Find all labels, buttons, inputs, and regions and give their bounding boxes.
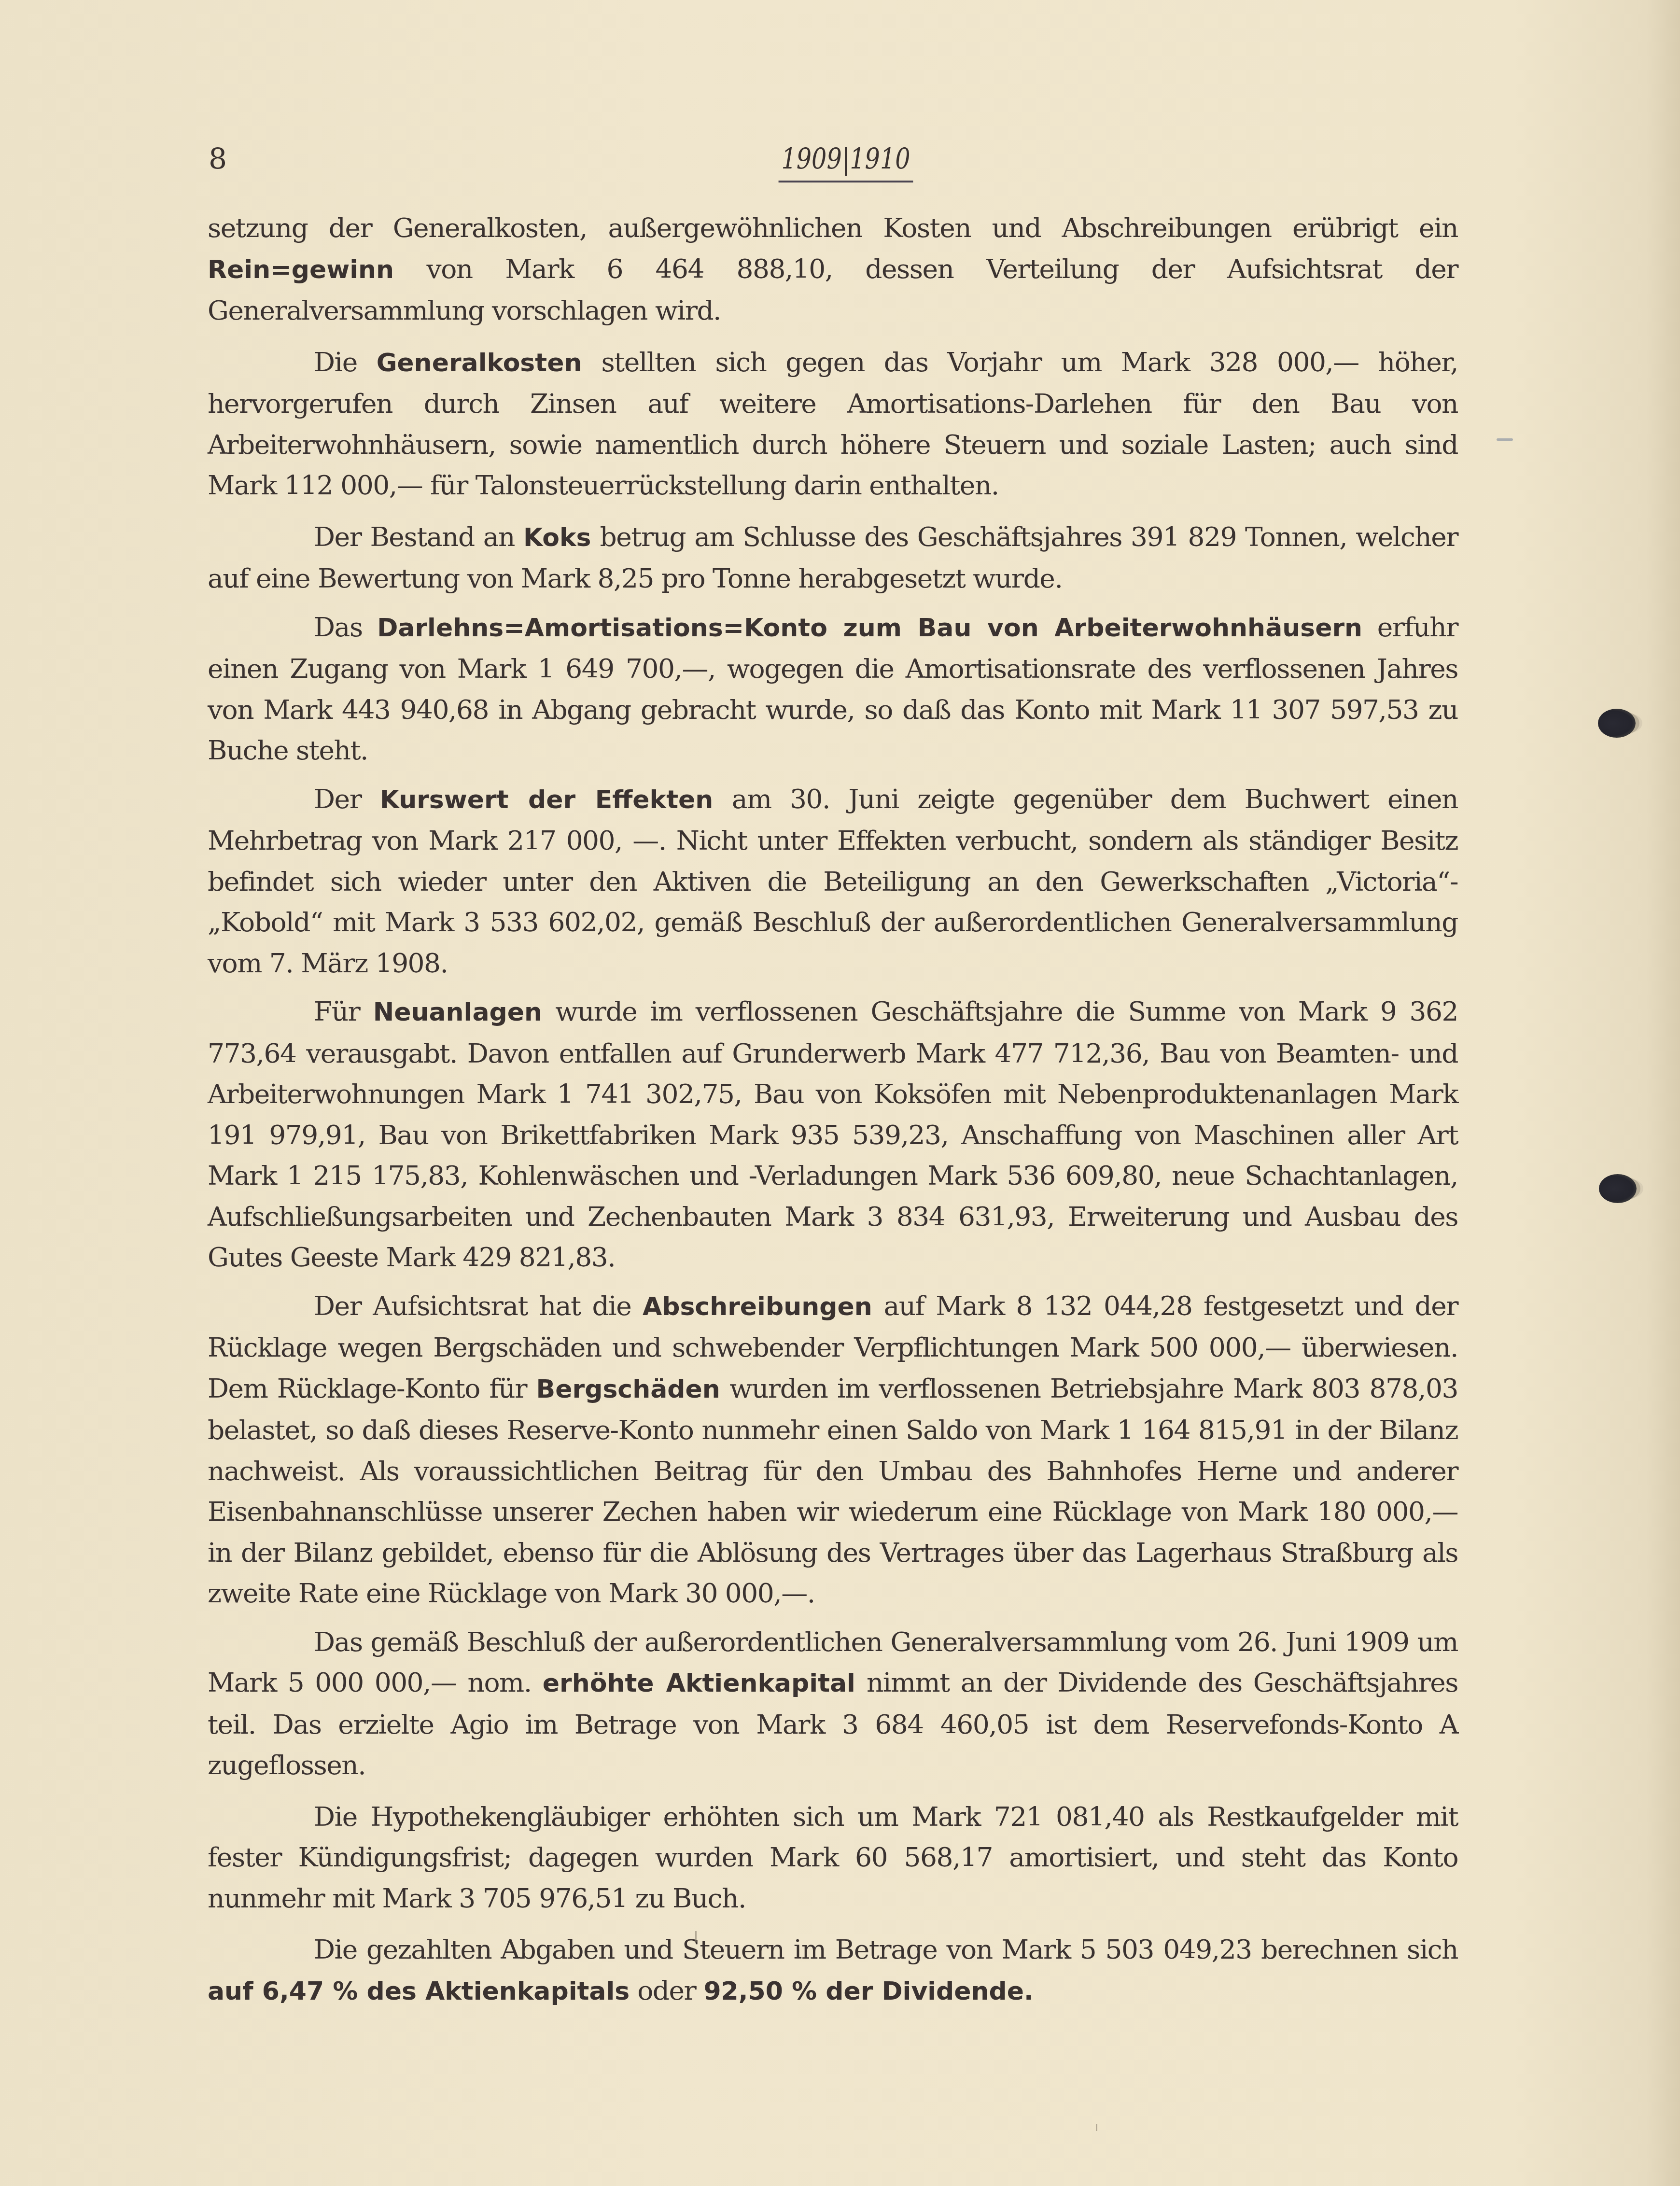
binder-hole-icon <box>1599 1174 1637 1203</box>
paragraph-darlehns-amortisation: Das Darlehns=Amortisations=Konto zum Bau… <box>208 607 1458 771</box>
running-title: 1909|1910 <box>779 140 913 182</box>
paragraph-neuanlagen: Für Neuanlagen wurde im verflossenen Ges… <box>208 991 1458 1278</box>
paragraph-abgaben-steuern: Die gezahlten Abgaben und Steuern im Bet… <box>208 1929 1458 2012</box>
emphasized-term: 92,50 % der Dividende. <box>703 1977 1034 2006</box>
paper-speck <box>695 1931 697 1942</box>
paper-speck <box>1096 2124 1097 2131</box>
paragraph-abschreibungen: Der Aufsichtsrat hat die Abschreibungen … <box>208 1286 1458 1614</box>
paragraph-text: Das <box>314 612 377 643</box>
paragraph-text: von Mark 6 464 888,10, dessen Verteilung… <box>208 253 1458 326</box>
paragraph-generalkosten: Die Generalkosten stellten sich gegen da… <box>208 342 1458 506</box>
paragraph-aktienkapital: Das gemäß Beschluß der außerordentlichen… <box>208 1622 1458 1786</box>
emphasized-term: Bergschäden <box>536 1375 720 1404</box>
emphasized-term: Koks <box>523 523 591 552</box>
emphasized-term: Generalkosten <box>377 349 582 378</box>
paragraph-text: Der <box>314 784 380 814</box>
paragraph-text: Für <box>314 996 373 1027</box>
margin-dash-mark <box>1497 438 1513 441</box>
paragraph-text: Der Aufsichtsrat hat die <box>314 1290 643 1321</box>
paragraph-text: Die gezahlten Abgaben und Steuern im Bet… <box>314 1934 1458 1965</box>
report-body: setzung der Generalkosten, außergewöhnli… <box>208 208 1458 2019</box>
page-header: 8 1909|1910 <box>209 140 1469 183</box>
paragraph-text: Die <box>314 347 377 378</box>
emphasized-term: auf 6,47 % des Aktienkapitals <box>208 1977 630 2006</box>
paragraph-reingewinn: setzung der Generalkosten, außergewöhnli… <box>208 208 1458 331</box>
emphasized-term: Darlehns=Amortisations=Konto zum Bau von… <box>377 614 1362 643</box>
page-number: 8 <box>209 140 227 179</box>
emphasized-term: erhöhte Aktienkapital <box>543 1669 855 1698</box>
scanned-page: 8 1909|1910 setzung der Generalkosten, a… <box>0 0 1680 2186</box>
paragraph-text: wurde im verflossenen Geschäftsjahre die… <box>208 996 1458 1273</box>
emphasized-term: Rein=gewinn <box>208 255 394 284</box>
emphasized-term: Neuanlagen <box>373 998 542 1027</box>
paragraph-hypothekenglaeubiger: Die Hypothekengläubiger erhöhten sich um… <box>208 1796 1458 1919</box>
paragraph-koks: Der Bestand an Koks betrug am Schlusse d… <box>208 517 1458 599</box>
binder-hole-icon <box>1598 709 1636 738</box>
paragraph-text: Der Bestand an <box>314 521 523 552</box>
paragraph-text: oder <box>630 1975 703 2006</box>
paragraph-text: wurden im verflossenen Betriebsjahre Mar… <box>208 1373 1458 1609</box>
emphasized-term: Abschreibungen <box>643 1292 872 1321</box>
paragraph-kurswert-effekten: Der Kurswert der Effekten am 30. Juni ze… <box>208 779 1458 984</box>
emphasized-term: Kurswert der Effekten <box>380 785 714 814</box>
paragraph-text: Die Hypothekengläubiger erhöhten sich um… <box>208 1801 1458 1914</box>
paragraph-text: setzung der Generalkosten, außergewöhnli… <box>208 212 1458 243</box>
